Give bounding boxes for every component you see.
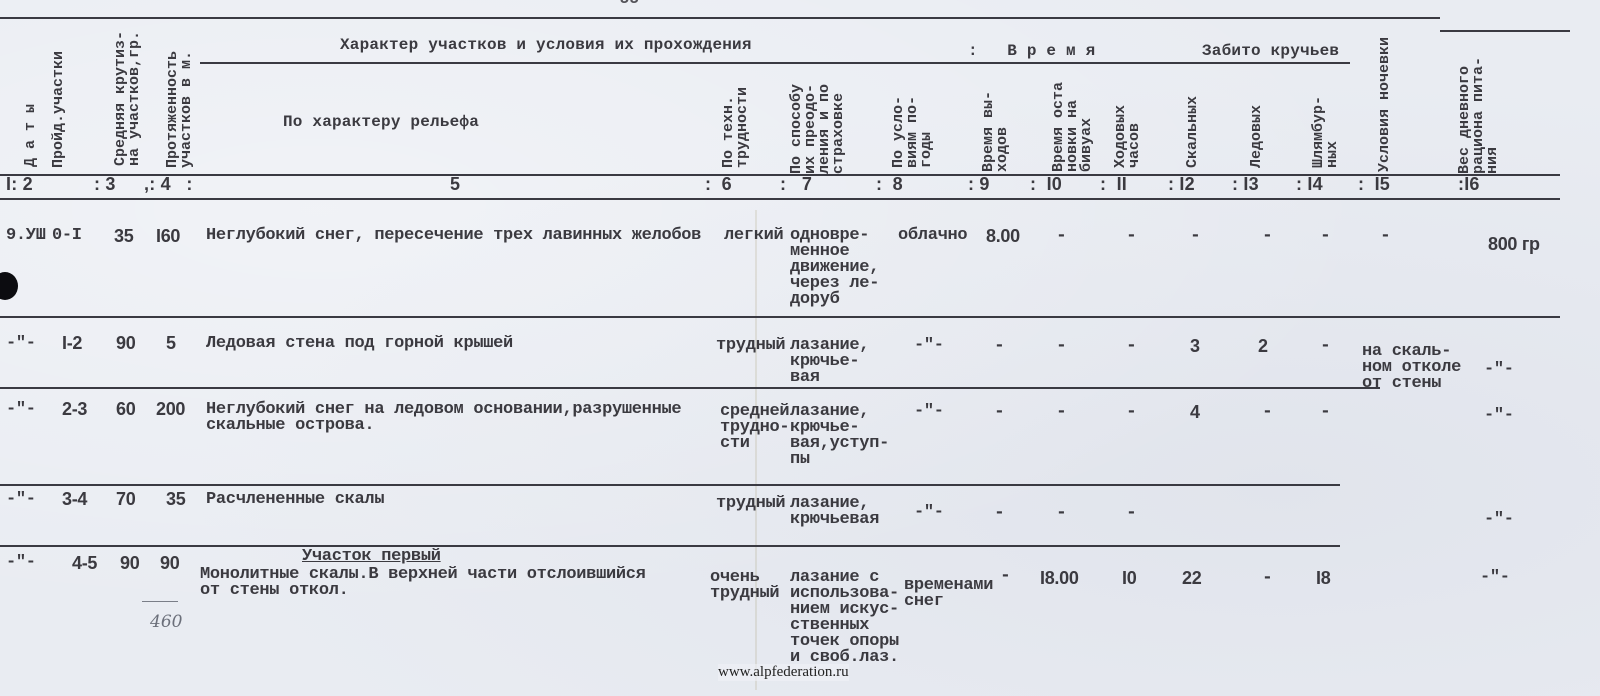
- cell-difficulty: трудный: [716, 338, 785, 354]
- col-header-departure: Время вы- ходов: [982, 70, 1010, 172]
- cell-ration: -"-: [1484, 362, 1514, 378]
- col-header-walking-hours: Ходовых часов: [1114, 88, 1142, 168]
- cell-length: 90: [160, 555, 179, 571]
- page-number-fragment: - 55: [600, 0, 639, 7]
- cell-length: 35: [166, 491, 185, 507]
- cell-overnight: на скаль- ном отколе от стены: [1362, 344, 1461, 392]
- col-header-method: По способу их преодо- ления и по страхов…: [790, 68, 846, 174]
- cell-difficulty: средней трудно- сти: [720, 404, 789, 452]
- cell-method: лазание, крючьевая: [790, 496, 879, 528]
- row-1-bottom-rule: [0, 316, 1560, 318]
- col-num-13: : I3: [1232, 177, 1259, 192]
- col-num-10: : I0: [1030, 177, 1062, 192]
- cell-relief: Неглубокий снег, пересечение трех лавинн…: [206, 228, 701, 244]
- cell-section: I-2: [62, 335, 82, 351]
- cell-steepness: 90: [116, 335, 135, 351]
- cell-ice-pitons: -: [1262, 570, 1273, 586]
- watermark-link[interactable]: www.alpfederation.ru: [718, 664, 849, 681]
- cell-departure: -: [994, 338, 1005, 354]
- cell-relief: Ледовая стена под горной крышей: [206, 336, 513, 352]
- cell-steepness: 35: [114, 228, 133, 244]
- binder-hole: [0, 272, 18, 300]
- col-header-ration: Вес дневного рациона пита- ния: [1458, 44, 1500, 174]
- col-header-length: Протяженность участков в м.: [166, 28, 194, 168]
- col-header-weather: По усло- виям по- годы: [892, 70, 934, 168]
- cell-method: лазание с использова- нием искус- ственн…: [790, 570, 899, 666]
- cell-bolt-pitons: -: [1320, 404, 1331, 420]
- cell-ice-pitons: -: [1262, 228, 1273, 244]
- col-header-bivouac-stop: Время оста новки на бивуах: [1052, 66, 1094, 172]
- col-num-14: : I4: [1296, 177, 1323, 192]
- cell-rock-pitons: -: [1190, 228, 1201, 244]
- row-3-bottom-rule: [0, 484, 1340, 486]
- handwritten-stroke: [142, 601, 178, 602]
- cell-section: 4-5: [72, 555, 97, 571]
- cell-bivouac-stop: I8.00: [1040, 570, 1079, 586]
- col-num-16: :I6: [1458, 177, 1480, 192]
- cell-bolt-pitons: I8: [1316, 570, 1330, 586]
- cell-length: I60: [156, 228, 180, 244]
- cell-date: -"-: [6, 555, 36, 571]
- col-num-9: : 9: [968, 177, 990, 192]
- cell-walking-hours: I0: [1122, 570, 1136, 586]
- col-header-overnight: Условия ночевки: [1378, 22, 1392, 172]
- cell-walking-hours: -: [1126, 404, 1137, 420]
- col-num-6: : 6: [705, 177, 732, 192]
- cell-ice-pitons: -: [1262, 404, 1273, 420]
- cell-relief: Расчлененные скалы: [206, 492, 384, 508]
- column-numbers-rule: [0, 198, 1560, 200]
- cell-bivouac-stop: -: [1056, 338, 1067, 354]
- cell-length: 200: [156, 401, 185, 417]
- cell-date: -"-: [6, 402, 36, 418]
- cell-rock-pitons: 3: [1190, 338, 1200, 354]
- cell-section: 0-I: [52, 228, 82, 244]
- cell-overnight: -: [1380, 228, 1391, 244]
- cell-bolt-pitons: -: [1320, 338, 1331, 354]
- cell-weather: -"-: [914, 505, 944, 521]
- cell-method: одновре- менное движение, через ле- дору…: [790, 228, 879, 308]
- cell-steepness: 90: [120, 555, 139, 571]
- table-top-rule-right: [1440, 30, 1570, 32]
- cell-steepness: 60: [116, 401, 135, 417]
- cell-ration: -"-: [1484, 408, 1514, 424]
- col-header-rock-pitons: Скальных: [1186, 88, 1200, 168]
- cell-weather: -"-: [914, 404, 944, 420]
- cell-date: -"-: [6, 336, 36, 352]
- cell-ice-pitons: 2: [1258, 338, 1268, 354]
- col-num-5: 5: [450, 177, 460, 192]
- col-num-1: I: 2: [6, 177, 33, 192]
- cell-weather: облачно: [898, 228, 967, 244]
- cell-method: лазание, крючье- вая: [790, 338, 869, 386]
- cell-section: 2-3: [62, 401, 87, 417]
- cell-walking-hours: -: [1126, 228, 1137, 244]
- cell-method: лазание, крючье- вая,уступ- пы: [790, 404, 889, 468]
- row-4-bottom-rule: [0, 545, 1340, 547]
- col-header-bolt-pitons: Шлямбур- ных: [1312, 96, 1340, 168]
- col-header-tech-difficulty: По техн. трудности: [722, 68, 750, 168]
- relief-group-title: Характер участков и условия их прохожден…: [340, 38, 752, 53]
- cell-difficulty: трудный: [716, 496, 785, 512]
- cell-departure: -: [1000, 568, 1011, 584]
- cell-rock-pitons: 22: [1182, 570, 1201, 586]
- cell-bolt-pitons: -: [1320, 228, 1331, 244]
- time-group-title: : В р е м я: [968, 44, 1095, 59]
- cell-departure: -: [994, 404, 1005, 420]
- pitons-group-title: Забито кручьев: [1202, 44, 1339, 59]
- cell-ration: 800 гр: [1488, 236, 1540, 252]
- col-header-ice-pitons: Ледовых: [1250, 98, 1264, 168]
- cell-departure: 8.00: [986, 228, 1020, 244]
- time-group-label: В р е м я: [1007, 42, 1095, 60]
- cell-relief-heading: Участок первый: [302, 549, 441, 565]
- cell-walking-hours: -: [1126, 338, 1137, 354]
- col-header-dates: Д а т ы: [24, 72, 38, 167]
- cell-relief: Неглубокий снег на ледовом основании,раз…: [206, 402, 681, 434]
- col-num-3: : 3: [94, 177, 116, 192]
- cell-difficulty: легкий: [724, 228, 783, 244]
- col-num-15: : I5: [1358, 177, 1390, 192]
- cell-departure: -: [994, 505, 1005, 521]
- col-num-12: : I2: [1168, 177, 1195, 192]
- col-header-sections: Пройд.участки: [52, 28, 66, 168]
- cell-weather: -"-: [914, 338, 944, 354]
- cell-difficulty: очень трудный: [710, 570, 779, 602]
- col-num-11: : II: [1100, 177, 1127, 192]
- handwritten-note: 460: [150, 612, 182, 632]
- cell-ration: -"-: [1484, 512, 1514, 528]
- cell-walking-hours: -: [1126, 505, 1137, 521]
- col-num-8: : 8: [876, 177, 903, 192]
- col-header-relief: По характеру рельефа: [283, 115, 479, 130]
- cell-rock-pitons: 4: [1190, 404, 1200, 420]
- cell-bivouac-stop: -: [1056, 505, 1067, 521]
- cell-date: 9.УШ: [6, 228, 46, 244]
- table-top-rule: [0, 17, 1440, 19]
- cell-length: 5: [166, 335, 176, 351]
- group-header-rule: [200, 62, 1350, 64]
- col-num-7: : 7: [780, 177, 812, 192]
- cell-section: 3-4: [62, 491, 87, 507]
- cell-weather: временами снег: [904, 578, 993, 610]
- cell-bivouac-stop: -: [1056, 404, 1067, 420]
- cell-bivouac-stop: -: [1056, 228, 1067, 244]
- cell-relief: Монолитные скалы.В верхней части отслоив…: [200, 567, 646, 599]
- cell-steepness: 70: [116, 491, 135, 507]
- cell-date: -"-: [6, 492, 36, 508]
- row-2-bottom-rule: [0, 387, 1380, 389]
- cell-ration: -"-: [1480, 570, 1510, 586]
- col-num-4: ,: 4 :: [144, 177, 193, 192]
- col-header-steepness: Средняя крутиз- на участков,гр.: [114, 14, 142, 166]
